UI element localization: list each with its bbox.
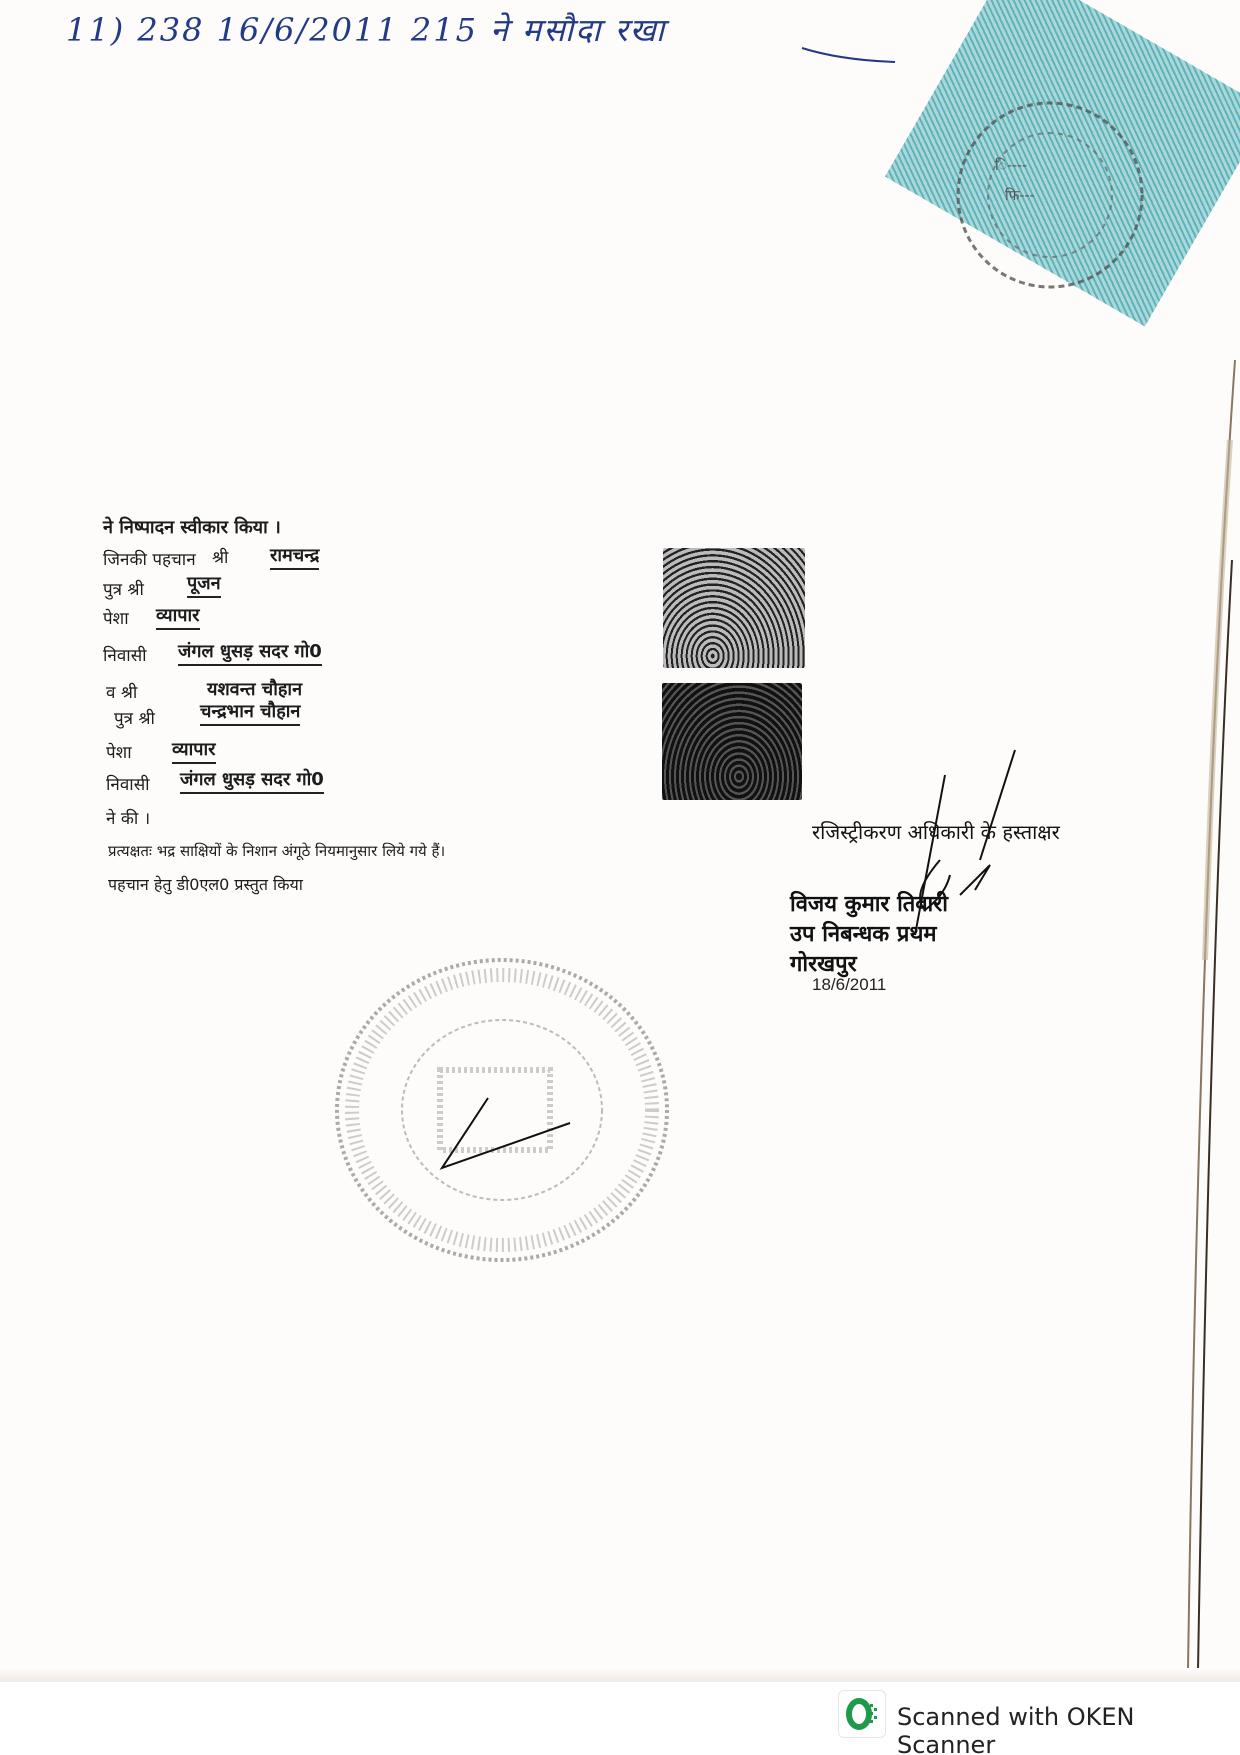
identifier1-address: जंगल धुसड़ सदर गो0	[178, 639, 322, 666]
occupation-label: पेशा	[103, 606, 129, 629]
identifier1-name: रामचन्द्र	[270, 543, 319, 570]
page-bottom-edge	[0, 1668, 1240, 1682]
officer-place: गोरखपुर	[790, 948, 857, 978]
did-label: ने की ।	[106, 806, 150, 829]
son-of-label: पुत्र श्री	[103, 577, 144, 600]
registrar-seal-top-icon: ि---- फि---	[950, 85, 1160, 295]
svg-text:ि----: ि----	[995, 157, 1027, 174]
scanner-watermark-text: Scanned with OKEN Scanner	[897, 1703, 1240, 1755]
signature-date: 18/6/2011	[812, 975, 886, 995]
handwritten-note: 11) 238 16/6/2011 215 ने मसौदा रखा	[66, 8, 666, 51]
id-document-note: पहचान हेतु डी0एल0 प्रस्तुत किया	[108, 873, 303, 895]
identifier2-name: यशवन्त चौहान	[207, 677, 302, 701]
resident-label: निवासी	[103, 643, 147, 666]
identifier2-occupation: व्यापार	[172, 737, 216, 764]
officer-name: विजय कुमार तिवारी	[790, 888, 948, 918]
registrar-seal-center-icon	[330, 945, 680, 1275]
registering-officer-caption: रजिस्ट्रीकरण अधिकारी के हस्ताक्षर	[812, 818, 1060, 845]
svg-text:फि---: फि---	[1005, 187, 1035, 204]
thumb-impression-note: प्रत्यक्षतः भद्र साक्षियों के निशान अंगू…	[108, 841, 445, 861]
scanned-page: 11) 238 16/6/2011 215 ने मसौदा रखा ि----…	[0, 0, 1240, 1682]
resident-label-2: निवासी	[106, 772, 150, 795]
and-shri-label: व श्री	[106, 680, 137, 703]
handwritten-flourish	[800, 40, 900, 70]
execution-accepted-text: ने निष्पादन स्वीकार किया ।	[103, 515, 281, 539]
officer-designation: उप निबन्धक प्रथम	[790, 918, 937, 948]
oken-scanner-logo-icon	[838, 1690, 886, 1738]
identity-label: जिनकी पहचान	[103, 547, 196, 570]
fingerprint-1-icon	[663, 548, 805, 668]
fingerprint-2-icon	[662, 683, 802, 800]
occupation-label-2: पेशा	[106, 740, 132, 763]
shri-label: श्री	[212, 545, 228, 568]
identifier1-father: पूजन	[187, 571, 221, 598]
identifier2-address: जंगल धुसड़ सदर गो0	[180, 767, 324, 794]
son-of-label-2: पुत्र श्री	[114, 706, 155, 729]
page-edges	[1170, 360, 1240, 1680]
identifier2-father: चन्द्रभान चौहान	[200, 699, 300, 726]
identifier1-occupation: व्यापार	[156, 603, 200, 630]
